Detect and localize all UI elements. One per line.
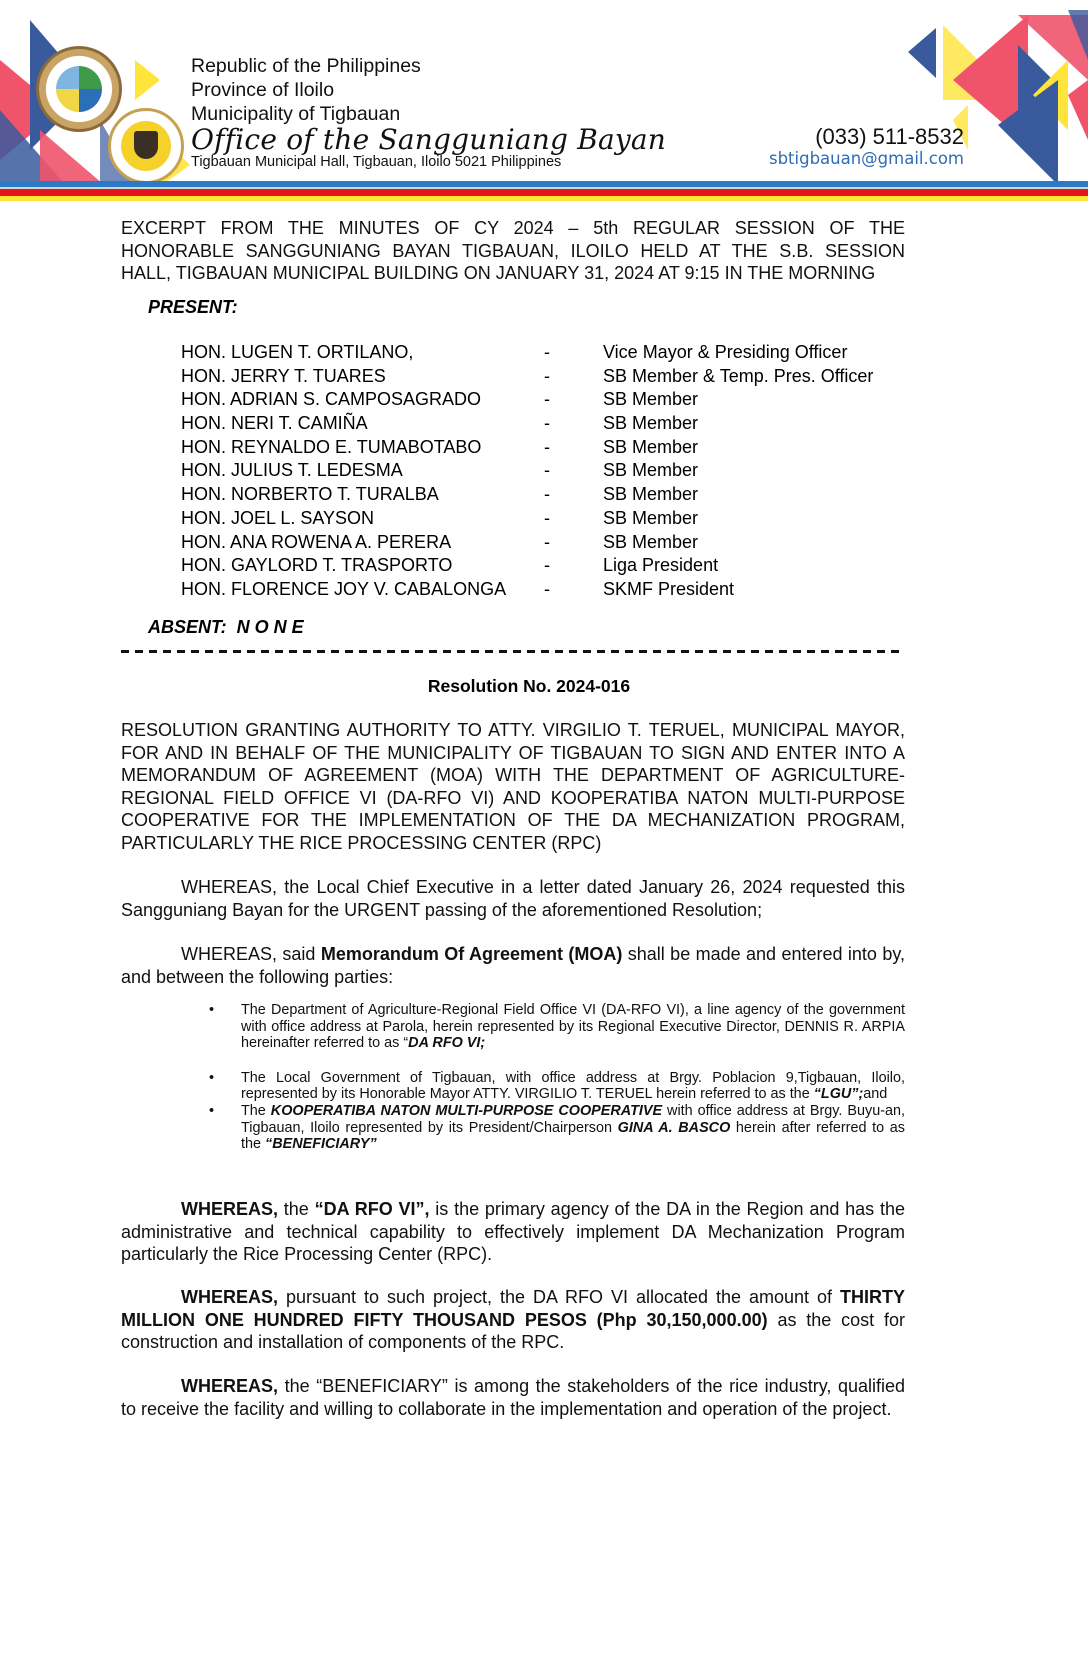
attendee-role: Vice Mayor & Presiding Officer	[603, 341, 847, 365]
bullet-icon: •	[209, 1002, 214, 1019]
party-item-da-rfo: • The Department of Agriculture-Regional…	[205, 1002, 905, 1052]
attendee-row: HON. FLORENCE JOY V. CABALONGA-SKMF Pres…	[181, 578, 941, 602]
whereas-clause-3: WHEREAS, the “DA RFO VI”, is the primary…	[121, 1198, 905, 1266]
whereas-2-bold: Memorandum Of Agreement (MOA)	[321, 944, 623, 964]
whereas-2-pre: WHEREAS, said	[181, 944, 321, 964]
attendee-dash: -	[544, 483, 550, 507]
party-2-tail: and	[863, 1086, 887, 1102]
party-3-pre: The	[241, 1103, 271, 1119]
attendee-role: SB Member	[603, 507, 698, 531]
whereas-clause-2: WHEREAS, said Memorandum Of Agreement (M…	[121, 943, 905, 988]
header-stripe-red	[0, 189, 1088, 196]
municipality-seal-logo	[36, 46, 122, 132]
party-2-text: The Local Government of Tigbauan, with o…	[241, 1070, 905, 1103]
attendee-name: HON. FLORENCE JOY V. CABALONGA	[181, 578, 506, 602]
attendee-role: SB Member	[603, 483, 698, 507]
attendee-dash: -	[544, 412, 550, 436]
attendee-dash: -	[544, 365, 550, 389]
whereas-clause-4: WHEREAS, pursuant to such project, the D…	[121, 1286, 905, 1354]
attendee-name: HON. GAYLORD T. TRASPORTO	[181, 554, 452, 578]
whereas-4-keyword: WHEREAS,	[181, 1287, 278, 1307]
attendee-role: SB Member	[603, 388, 698, 412]
party-1-emph: DA RFO VI;	[408, 1035, 485, 1051]
present-label: PRESENT:	[148, 297, 238, 318]
attendee-role: SB Member	[603, 412, 698, 436]
attendee-role: SB Member	[603, 459, 698, 483]
absent-value: NONE	[237, 617, 309, 637]
header-stripe-yellow	[0, 196, 1088, 201]
attendee-row: HON. JULIUS T. LEDESMA-SB Member	[181, 459, 941, 483]
attendee-dash: -	[544, 436, 550, 460]
letterhead-text: Republic of the Philippines Province of …	[191, 54, 666, 170]
province-line: Province of Iloilo	[191, 78, 666, 102]
whereas-3-bold: “DA RFO VI”,	[315, 1199, 430, 1219]
attendee-row: HON. NORBERTO T. TURALBA-SB Member	[181, 483, 941, 507]
attendee-name: HON. JOEL L. SAYSON	[181, 507, 374, 531]
attendance-list: HON. LUGEN T. ORTILANO,-Vice Mayor & Pre…	[181, 341, 941, 602]
attendee-dash: -	[544, 578, 550, 602]
parties-list: • The Department of Agriculture-Regional…	[205, 1002, 905, 1153]
attendee-row: HON. NERI T. CAMIÑA-SB Member	[181, 412, 941, 436]
attendee-dash: -	[544, 388, 550, 412]
dashed-divider	[121, 650, 905, 653]
whereas-1-text: WHEREAS, the Local Chief Executive in a …	[121, 877, 905, 920]
attendee-dash: -	[544, 459, 550, 483]
party-item-beneficiary: • The KOOPERATIBA NATON MULTI-PURPOSE CO…	[205, 1103, 905, 1153]
office-address: Tigbauan Municipal Hall, Tigbauan, Iloil…	[191, 154, 666, 170]
attendee-name: HON. NORBERTO T. TURALBA	[181, 483, 439, 507]
attendee-role: SB Member & Temp. Pres. Officer	[603, 365, 873, 389]
contact-block: (033) 511-8532 sbtigbauan@gmail.com	[769, 124, 964, 168]
excerpt-line: HONORABLE SANGGUNIANG BAYAN TIGBAUAN, IL…	[121, 240, 905, 263]
attendee-row: HON. ANA ROWENA A. PERERA-SB Member	[181, 531, 941, 555]
office-title: Office of the Sangguniang Bayan	[191, 125, 666, 155]
phone-number: (033) 511-8532	[769, 124, 964, 150]
party-3-emph: KOOPERATIBA NATON MULTI-PURPOSE COOPERAT…	[271, 1103, 662, 1119]
absent-label: ABSENT:	[148, 617, 227, 637]
bullet-icon: •	[209, 1070, 214, 1087]
letterhead: Republic of the Philippines Province of …	[0, 0, 1088, 205]
attendee-row: HON. LUGEN T. ORTILANO,-Vice Mayor & Pre…	[181, 341, 941, 365]
attendee-dash: -	[544, 531, 550, 555]
party-3-emph2: GINA A. BASCO	[618, 1120, 731, 1136]
absent-section: ABSENT:NONE	[148, 617, 309, 638]
party-item-lgu: • The Local Government of Tigbauan, with…	[205, 1070, 905, 1103]
attendee-role: SB Member	[603, 436, 698, 460]
party-3-emph3: “BENEFICIARY”	[265, 1136, 377, 1152]
republic-line: Republic of the Philippines	[191, 54, 666, 78]
attendee-name: HON. JULIUS T. LEDESMA	[181, 459, 403, 483]
attendee-row: HON. GAYLORD T. TRASPORTO-Liga President	[181, 554, 941, 578]
attendee-name: HON. NERI T. CAMIÑA	[181, 412, 368, 436]
attendee-name: HON. JERRY T. TUARES	[181, 365, 386, 389]
attendee-name: HON. REYNALDO E. TUMABOTABO	[181, 436, 481, 460]
whereas-clause-5: WHEREAS, the “BENEFICIARY” is among the …	[121, 1375, 905, 1420]
minutes-excerpt-heading: EXCERPT FROM THE MINUTES OF CY 2024 – 5t…	[121, 217, 905, 285]
resolution-caption: RESOLUTION GRANTING AUTHORITY TO ATTY. V…	[121, 719, 905, 855]
attendee-role: Liga President	[603, 554, 718, 578]
attendee-role: SKMF President	[603, 578, 734, 602]
attendee-role: SB Member	[603, 531, 698, 555]
attendee-row: HON. JERRY T. TUARES-SB Member & Temp. P…	[181, 365, 941, 389]
whereas-4-mid: pursuant to such project, the DA RFO VI …	[278, 1287, 840, 1307]
email-address: sbtigbauan@gmail.com	[769, 150, 964, 168]
party-2-emph: “LGU”;	[814, 1086, 864, 1102]
resolution-number: Resolution No. 2024-016	[0, 676, 1058, 697]
attendee-row: HON. ADRIAN S. CAMPOSAGRADO-SB Member	[181, 388, 941, 412]
attendee-dash: -	[544, 554, 550, 578]
excerpt-line: HALL, TIGBAUAN MUNICIPAL BUILDING ON JAN…	[121, 262, 905, 285]
whereas-3-mid: the	[278, 1199, 315, 1219]
attendee-row: HON. REYNALDO E. TUMABOTABO-SB Member	[181, 436, 941, 460]
bullet-icon: •	[209, 1103, 214, 1120]
attendee-dash: -	[544, 507, 550, 531]
attendee-row: HON. JOEL L. SAYSON-SB Member	[181, 507, 941, 531]
sangguniang-bayan-seal-logo	[108, 108, 184, 184]
whereas-clause-1: WHEREAS, the Local Chief Executive in a …	[121, 876, 905, 921]
excerpt-line: EXCERPT FROM THE MINUTES OF CY 2024 – 5t…	[121, 217, 905, 240]
whereas-3-keyword: WHEREAS,	[181, 1199, 278, 1219]
attendee-name: HON. LUGEN T. ORTILANO,	[181, 341, 413, 365]
attendee-name: HON. ANA ROWENA A. PERERA	[181, 531, 451, 555]
attendee-dash: -	[544, 341, 550, 365]
attendee-name: HON. ADRIAN S. CAMPOSAGRADO	[181, 388, 481, 412]
party-1-text: The Department of Agriculture-Regional F…	[241, 1002, 905, 1051]
whereas-5-keyword: WHEREAS,	[181, 1376, 278, 1396]
